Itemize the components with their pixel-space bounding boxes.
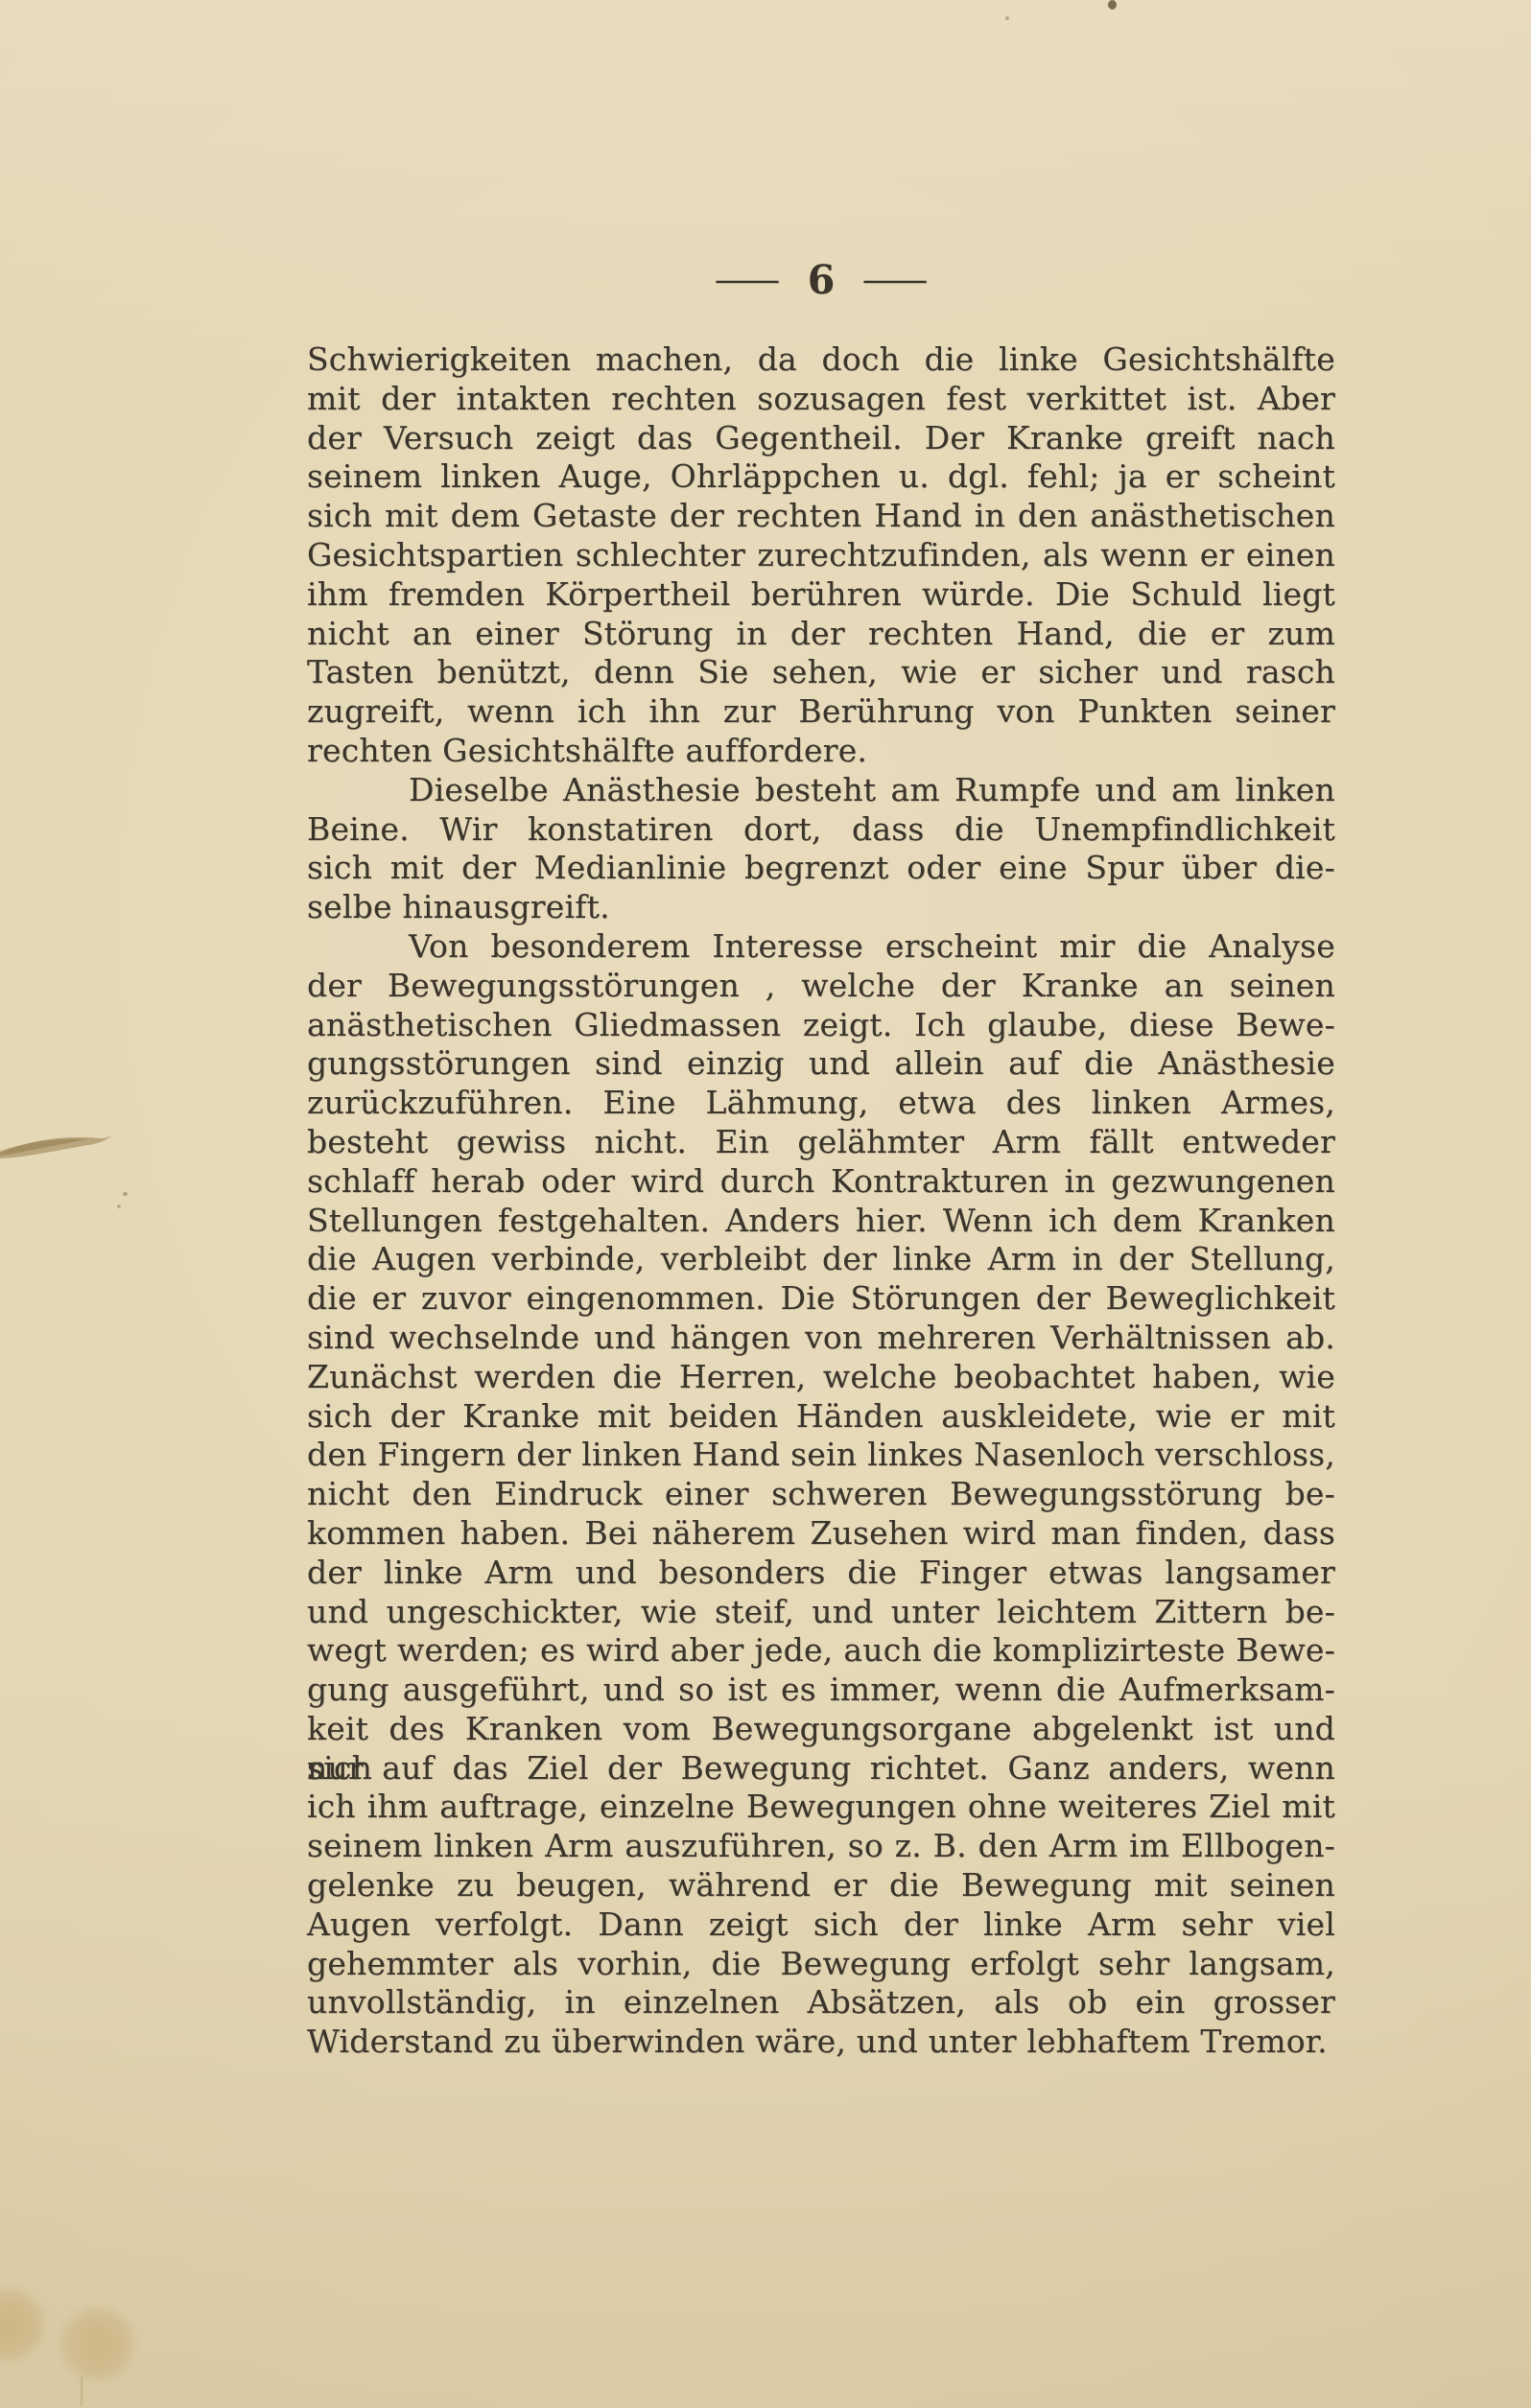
header-dash-right: —: [861, 264, 930, 296]
text-line: wegt werden; es wird aber jede, auch die…: [307, 1631, 1335, 1671]
text-line: seinem linken Auge, Ohrläppchen u. dgl. …: [307, 457, 1335, 497]
scanned-book-page: — 6 — Schwierigkeiten machen, da doch di…: [0, 0, 1531, 2408]
text-line: ich ihm auftrage, einzelne Bewegungen oh…: [307, 1788, 1335, 1827]
text-line: kommen haben. Bei näherem Zusehen wird m…: [307, 1514, 1335, 1554]
header-dash-left: —: [713, 264, 781, 296]
text-line: der Versuch zeigt das Gegentheil. Der Kr…: [307, 419, 1335, 458]
text-line: zurückzuführen. Eine Lähmung, etwa des l…: [307, 1084, 1335, 1123]
text-line: Dieselbe Anästhesie besteht am Rumpfe un…: [307, 771, 1335, 810]
ink-speck: [1108, 0, 1117, 10]
page-number: 6: [808, 261, 836, 300]
text-line: die er zuvor eingenommen. Die Störungen …: [307, 1279, 1335, 1319]
text-line: selbe hinausgreift.: [307, 888, 1335, 927]
text-line: gehemmter als vorhin, die Bewegung erfol…: [307, 1945, 1335, 1984]
text-line: anästhetischen Gliedmassen zeigt. Ich gl…: [307, 1006, 1335, 1045]
text-line: Stellungen festgehalten. Anders hier. We…: [307, 1202, 1335, 1241]
text-line: sich mit der Medianlinie begrenzt oder e…: [307, 849, 1335, 888]
text-line: Widerstand zu überwinden wäre, und unter…: [307, 2022, 1335, 2062]
scratch-mark: [81, 2376, 82, 2405]
text-line: unvollständig, in einzelnen Absätzen, al…: [307, 1983, 1335, 2022]
text-line: mit der intakten rechten sozusagen fest …: [307, 380, 1335, 419]
stain-blot-right: [59, 2305, 136, 2382]
text-line: und ungeschickter, wie steif, und unter …: [307, 1593, 1335, 1632]
text-line: seinem linken Arm auszuführen, so z. B. …: [307, 1827, 1335, 1866]
text-line: Zunächst werden die Herren, welche beoba…: [307, 1358, 1335, 1397]
text-line: besteht gewiss nicht. Ein gelähmter Arm …: [307, 1123, 1335, 1162]
text-line: Von besonderem Interesse erscheint mir d…: [307, 927, 1335, 967]
text-line: Tasten benützt, denn Sie sehen, wie er s…: [307, 653, 1335, 692]
text-line: Beine. Wir konstatiren dort, dass die Un…: [307, 810, 1335, 850]
text-line: sind wechselnde und hängen von mehreren …: [307, 1319, 1335, 1358]
text-line: nicht den Eindruck einer schweren Bewegu…: [307, 1475, 1335, 1514]
text-line: gungsstörungen sind einzig und allein au…: [307, 1044, 1335, 1084]
text-line: schlaff herab oder wird durch Kontraktur…: [307, 1162, 1335, 1202]
text-line: sich mit dem Getaste der rechten Hand in…: [307, 497, 1335, 536]
body-text: Schwierigkeiten machen, da doch die link…: [307, 340, 1335, 2062]
pen-mark: [0, 1128, 125, 1176]
ink-speck: [1005, 16, 1009, 20]
text-line: ihm fremden Körpertheil berühren würde. …: [307, 575, 1335, 615]
text-line: die Augen verbinde, verbleibt der linke …: [307, 1240, 1335, 1279]
ink-speck: [123, 1192, 128, 1196]
text-line: Gesichtspartien schlechter zurechtzufind…: [307, 536, 1335, 575]
text-line: der linke Arm und besonders die Finger e…: [307, 1554, 1335, 1593]
text-line: rechten Gesichtshälfte auffordere.: [307, 732, 1335, 771]
text-line: nur auf das Ziel der Bewegung richtet. G…: [307, 1749, 1335, 1788]
text-line: keit des Kranken vom Bewegungsorgane abg…: [307, 1710, 1335, 1749]
stain-blot-left: [0, 2287, 46, 2362]
text-line: nicht an einer Störung in der rechten Ha…: [307, 615, 1335, 654]
page-header: — 6 —: [307, 257, 1335, 303]
text-line: Augen verfolgt. Dann zeigt sich der link…: [307, 1905, 1335, 1945]
text-line: gelenke zu beugen, während er die Bewegu…: [307, 1866, 1335, 1905]
text-line: zugreift, wenn ich ihn zur Berührung von…: [307, 692, 1335, 732]
text-line: sich der Kranke mit beiden Händen auskle…: [307, 1397, 1335, 1437]
text-line: gung ausgeführt, und so ist es immer, we…: [307, 1671, 1335, 1710]
text-line: der Bewegungsstörungen , welche der Kran…: [307, 967, 1335, 1006]
ink-speck: [117, 1204, 121, 1208]
text-line: den Fingern der linken Hand sein linkes …: [307, 1436, 1335, 1475]
text-line: Schwierigkeiten machen, da doch die link…: [307, 340, 1335, 380]
